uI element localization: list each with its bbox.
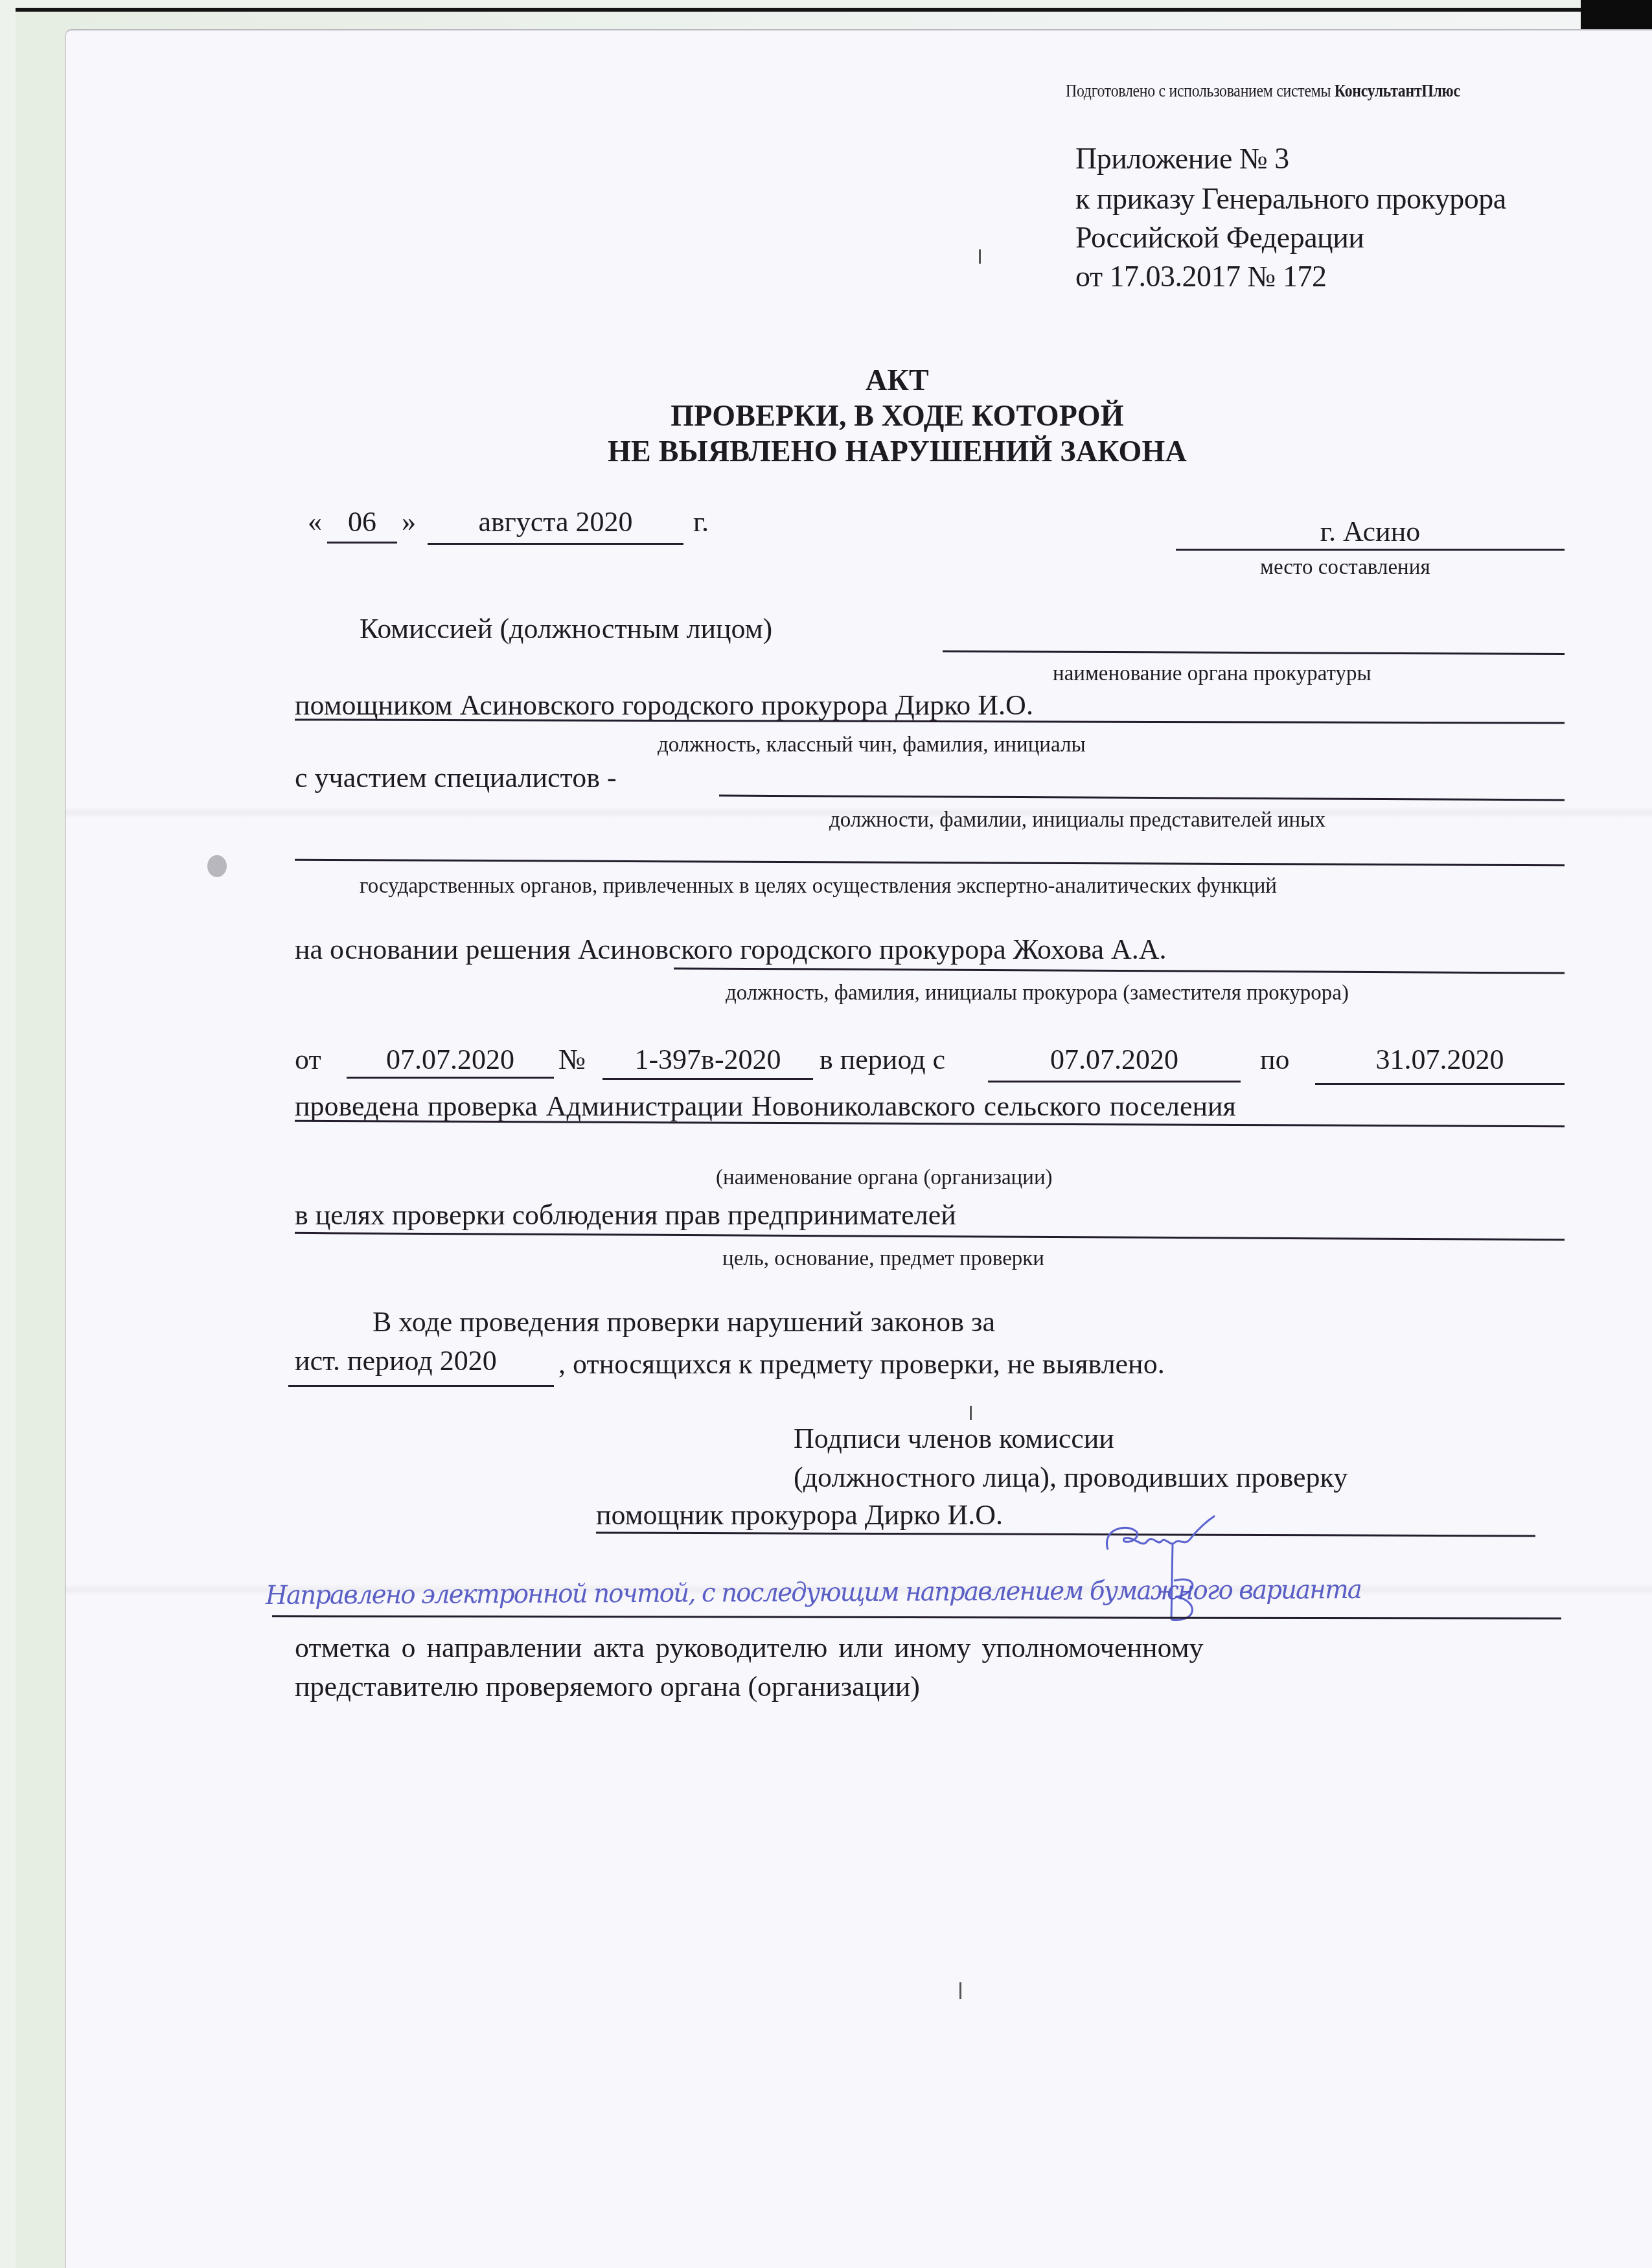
- scan-speck: [970, 1406, 972, 1420]
- sending-mark-caption-2: представителю проверяемого органа (орган…: [295, 1670, 920, 1703]
- decision-number-underline: [602, 1078, 813, 1080]
- conclusion-period-underline: [288, 1385, 554, 1387]
- specialists-caption-1: должности, фамилии, инициалы представите…: [829, 808, 1325, 832]
- date-month-year-field: августа 2020: [428, 505, 683, 538]
- date-close-quote: »: [402, 505, 416, 538]
- period-end-label: по: [1260, 1043, 1290, 1076]
- official-caption: должность, классный чин, фамилия, инициа…: [658, 733, 1086, 757]
- place-caption: место составления: [1260, 556, 1430, 580]
- date-day-underline: [327, 542, 397, 544]
- basis-field: Асиновского городского прокурора Жохова …: [578, 934, 1167, 965]
- decision-number-label: №: [558, 1043, 586, 1076]
- scan-speck: [979, 249, 981, 264]
- basis-line: на основании решения Асиновского городск…: [295, 933, 1167, 966]
- purpose-field: в целях проверки соблюдения прав предпри…: [295, 1198, 956, 1231]
- specialists-caption-2: государственных органов, привлеченных в …: [360, 875, 1277, 899]
- signatures-heading-1: Подписи членов комиссии: [794, 1422, 1114, 1455]
- official-field: помощником Асиновского городского прокур…: [295, 689, 1033, 722]
- place-field: г. Асино: [1176, 515, 1565, 548]
- act-title-line-1: АКТ: [0, 363, 1652, 397]
- punch-hole: [207, 855, 227, 877]
- prepared-with-text: Подготовлено с использованием системы: [1066, 81, 1335, 100]
- annex-line-3: Российской Федерации: [1075, 220, 1364, 255]
- conclusion-line-1: В ходе проведения проверки нарушений зак…: [373, 1305, 995, 1338]
- purpose-caption: цель, основание, предмет проверки: [722, 1247, 1044, 1271]
- date-open-quote: «: [308, 505, 322, 538]
- conclusion-period-field: ист. период 2020: [288, 1344, 554, 1377]
- act-title-line-3: НЕ ВЫЯВЛЕНО НАРУШЕНИЙ ЗАКОНА: [0, 434, 1652, 468]
- period-start-field: 07.07.2020: [988, 1043, 1241, 1076]
- prosecution-organ-caption: наименование органа прокуратуры: [1053, 662, 1371, 686]
- basis-label: на основании решения: [295, 934, 578, 965]
- conclusion-line-2: , относящихся к предмету проверки, не вы…: [558, 1347, 1165, 1380]
- signer-name: помощник прокурора Дирко И.О.: [596, 1498, 1003, 1531]
- scan-speck: [959, 1982, 961, 1999]
- act-title-line-2: ПРОВЕРКИ, В ХОДЕ КОТОРОЙ: [0, 398, 1652, 433]
- decision-number-field: 1-397в-2020: [602, 1043, 813, 1076]
- decision-date-underline: [347, 1077, 554, 1079]
- specialists-label: с участием специалистов -: [295, 761, 617, 794]
- sending-mark-caption-1: отметка о направлении акта руководителю …: [295, 1631, 1204, 1664]
- commission-label: Комиссией (должностным лицом): [360, 612, 772, 645]
- inspected-organization-field: проведена проверка Администрации Новоник…: [295, 1090, 1236, 1123]
- date-day-field: 06: [327, 505, 397, 538]
- annex-line-2: к приказу Генерального прокурора: [1075, 181, 1506, 216]
- scanner-edge-strip: [16, 8, 1652, 12]
- period-start-underline: [988, 1081, 1241, 1082]
- signatures-heading-2: (должностного лица), проводивших проверк…: [794, 1461, 1348, 1494]
- decision-from-label: от: [295, 1043, 321, 1076]
- scanner-corner-shadow: [1581, 0, 1652, 29]
- date-year-suffix: г.: [693, 505, 709, 538]
- place-underline: [1176, 549, 1565, 551]
- decision-date-field: 07.07.2020: [347, 1043, 554, 1076]
- period-end-underline: [1315, 1083, 1565, 1085]
- inspected-organization-caption: (наименование органа (организации): [716, 1166, 1053, 1190]
- consultant-plus-note: Подготовлено с использованием системы Ко…: [1066, 81, 1460, 101]
- basis-caption: должность, фамилия, инициалы прокурора (…: [726, 981, 1349, 1005]
- period-end-field: 31.07.2020: [1315, 1043, 1565, 1076]
- annex-line-1: Приложение № 3: [1075, 141, 1289, 176]
- annex-line-4: от 17.03.2017 № 172: [1075, 259, 1326, 293]
- date-month-underline: [428, 543, 683, 545]
- consultant-plus-brand: КонсультантПлюс: [1335, 81, 1460, 100]
- period-start-label: в период с: [820, 1043, 945, 1076]
